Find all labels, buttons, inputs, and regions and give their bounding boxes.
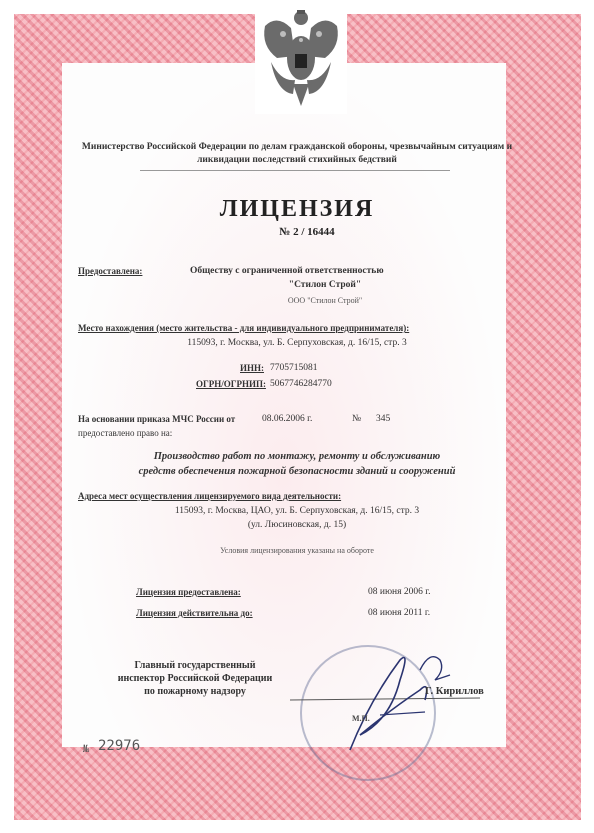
order-number: 345: [376, 414, 390, 424]
issued-date: 08 июня 2006 г.: [368, 587, 430, 597]
signatory-name: Г. Кириллов: [425, 686, 484, 697]
licensee-name-line2: "Стилон Строй": [190, 280, 460, 290]
order-date: 08.06.2006 г.: [262, 414, 312, 424]
valid-until-label: Лицензия действительна до:: [136, 608, 253, 618]
inn-value: 7705715081: [270, 363, 318, 373]
licensee-name-line1: Обществу с ограниченной ответственностью: [190, 266, 384, 276]
serial-number: 22976: [98, 738, 140, 754]
activity-line1: Производство работ по монтажу, ремонту и…: [60, 451, 534, 462]
serial-prefix: №: [83, 744, 89, 755]
order-label: На основании приказа МЧС России от: [78, 414, 235, 424]
license-number: № 2 / 16444: [0, 226, 594, 238]
document-title: ЛИЦЕНЗИЯ: [0, 196, 594, 223]
ogrn-value: 5067746284770: [270, 379, 332, 389]
activity-address-label: Адреса мест осуществления лицензируемого…: [78, 491, 341, 501]
licensee-label: Предоставлена:: [78, 266, 142, 276]
appendix-note: Условия лицензирования указаны на оборот…: [60, 546, 534, 555]
issuing-authority: Министерство Российской Федерации по дел…: [60, 141, 534, 167]
activity-address-line2: (ул. Люсиновская, д. 15): [60, 520, 534, 530]
divider: [140, 170, 450, 171]
stamp-mark: М.П.: [352, 714, 370, 723]
order-grant-label: предоставлено право на:: [78, 428, 172, 438]
issued-label: Лицензия предоставлена:: [136, 587, 241, 597]
activity-line2: средств обеспечения пожарной безопасност…: [60, 466, 534, 477]
valid-until-date: 08 июня 2011 г.: [368, 608, 430, 618]
location-address: 115093, г. Москва, ул. Б. Серпуховская, …: [60, 338, 534, 348]
location-label: Место нахождения (место жительства - для…: [78, 323, 409, 333]
activity-address-line1: 115093, г. Москва, ЦАО, ул. Б. Серпуховс…: [60, 506, 534, 516]
order-number-label: №: [352, 414, 361, 424]
signature-icon: [250, 640, 500, 760]
licensee-short-name: ООО "Стилон Строй": [190, 296, 460, 305]
double-headed-eagle-emblem-icon: [255, 4, 347, 114]
ogrn-label: ОГРН/ОГРНИП:: [196, 379, 266, 389]
inn-label: ИНН:: [240, 363, 264, 373]
